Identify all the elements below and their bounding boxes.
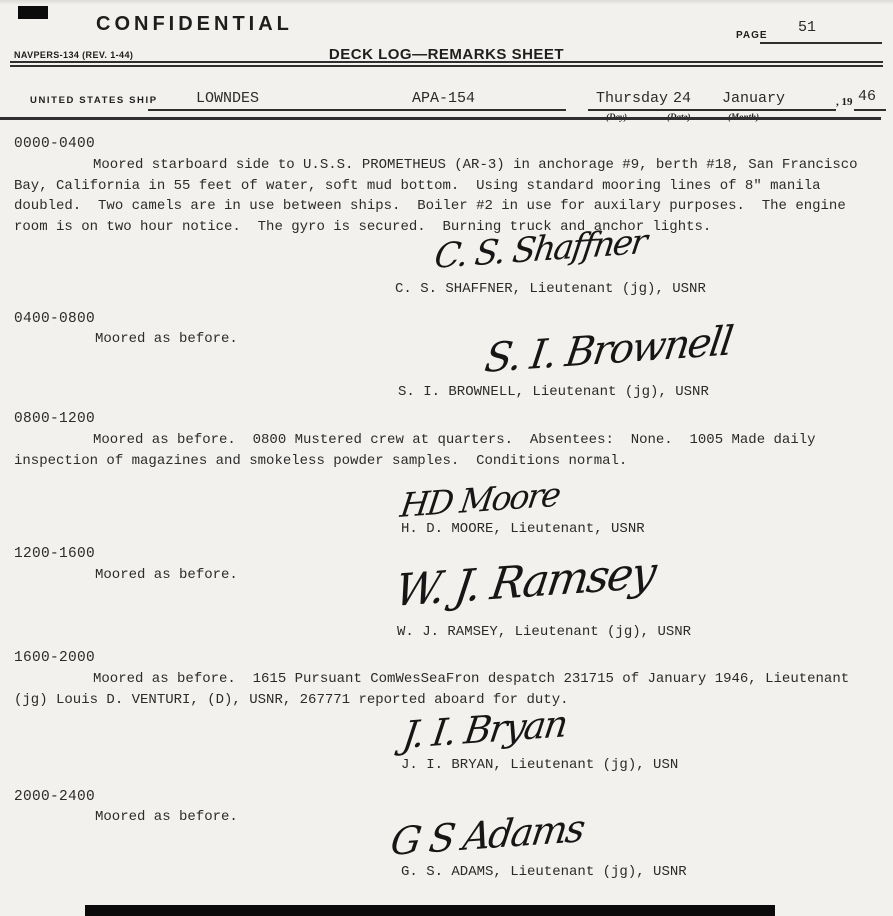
watch-heading: 1600-2000 bbox=[14, 650, 95, 666]
watch-remarks: Moored as before. bbox=[95, 809, 238, 825]
signature-handwritten: S. I. Brownell bbox=[482, 318, 734, 382]
watch-heading: 2000-2400 bbox=[14, 789, 95, 805]
month-value: January bbox=[722, 90, 785, 107]
date-value: 24 bbox=[673, 90, 691, 107]
ship-name: LOWNDES bbox=[196, 90, 259, 107]
scan-artifact-top-left bbox=[18, 6, 48, 19]
signer-typed-name: J. I. BRYAN, Lieutenant (jg), USN bbox=[401, 757, 678, 773]
date-underline bbox=[588, 109, 836, 111]
watch-heading: 1200-1600 bbox=[14, 546, 95, 562]
ship-line-rule bbox=[0, 117, 881, 120]
watch-remarks: Moored as before. bbox=[95, 331, 238, 347]
deck-log-page: CONFIDENTIAL PAGE 51 NAVPERS-134 (REV. 1… bbox=[0, 0, 893, 916]
page-number-underline bbox=[760, 42, 882, 44]
ship-label: UNITED STATES SHIP bbox=[30, 95, 158, 106]
signature-handwritten: J. I. Bryan bbox=[400, 702, 569, 757]
watch-heading: 0400-0800 bbox=[14, 311, 95, 327]
signer-typed-name: G. S. ADAMS, Lieutenant (jg), USNR bbox=[401, 864, 687, 880]
watch-remarks: Moored as before. 1615 Pursuant ComWesSe… bbox=[14, 669, 876, 710]
header-rule-lower bbox=[10, 65, 883, 67]
signer-typed-name: S. I. BROWNELL, Lieutenant (jg), USNR bbox=[398, 384, 709, 400]
hull-number: APA-154 bbox=[412, 90, 475, 107]
signer-typed-name: H. D. MOORE, Lieutenant, USNR bbox=[401, 521, 645, 537]
day-value: Thursday bbox=[596, 90, 668, 107]
watch-remarks: Moored as before. bbox=[95, 567, 238, 583]
scan-artifact-bottom-bar bbox=[85, 905, 775, 916]
signature-handwritten: G S Adams bbox=[388, 806, 586, 864]
watch-remarks: Moored as before. 0800 Mustered crew at … bbox=[14, 430, 876, 471]
signer-typed-name: W. J. RAMSEY, Lieutenant (jg), USNR bbox=[397, 624, 691, 640]
ship-name-underline bbox=[148, 109, 566, 111]
page-label: PAGE bbox=[736, 30, 768, 41]
year-underline bbox=[854, 109, 886, 111]
year-value: 46 bbox=[858, 88, 876, 105]
classification-stamp: CONFIDENTIAL bbox=[96, 13, 293, 36]
watch-heading: 0000-0400 bbox=[14, 136, 95, 152]
watch-remarks: Moored starboard side to U.S.S. PROMETHE… bbox=[14, 155, 876, 237]
watch-heading: 0800-1200 bbox=[14, 411, 95, 427]
signature-handwritten: HD Moore bbox=[398, 474, 562, 525]
page-number: 51 bbox=[798, 19, 816, 36]
signer-typed-name: C. S. SHAFFNER, Lieutenant (jg), USNR bbox=[395, 281, 706, 297]
signature-handwritten: W. J. Ramsey bbox=[392, 547, 658, 617]
header-rule-upper bbox=[10, 61, 883, 63]
year-prefix: , 19 bbox=[836, 96, 853, 108]
